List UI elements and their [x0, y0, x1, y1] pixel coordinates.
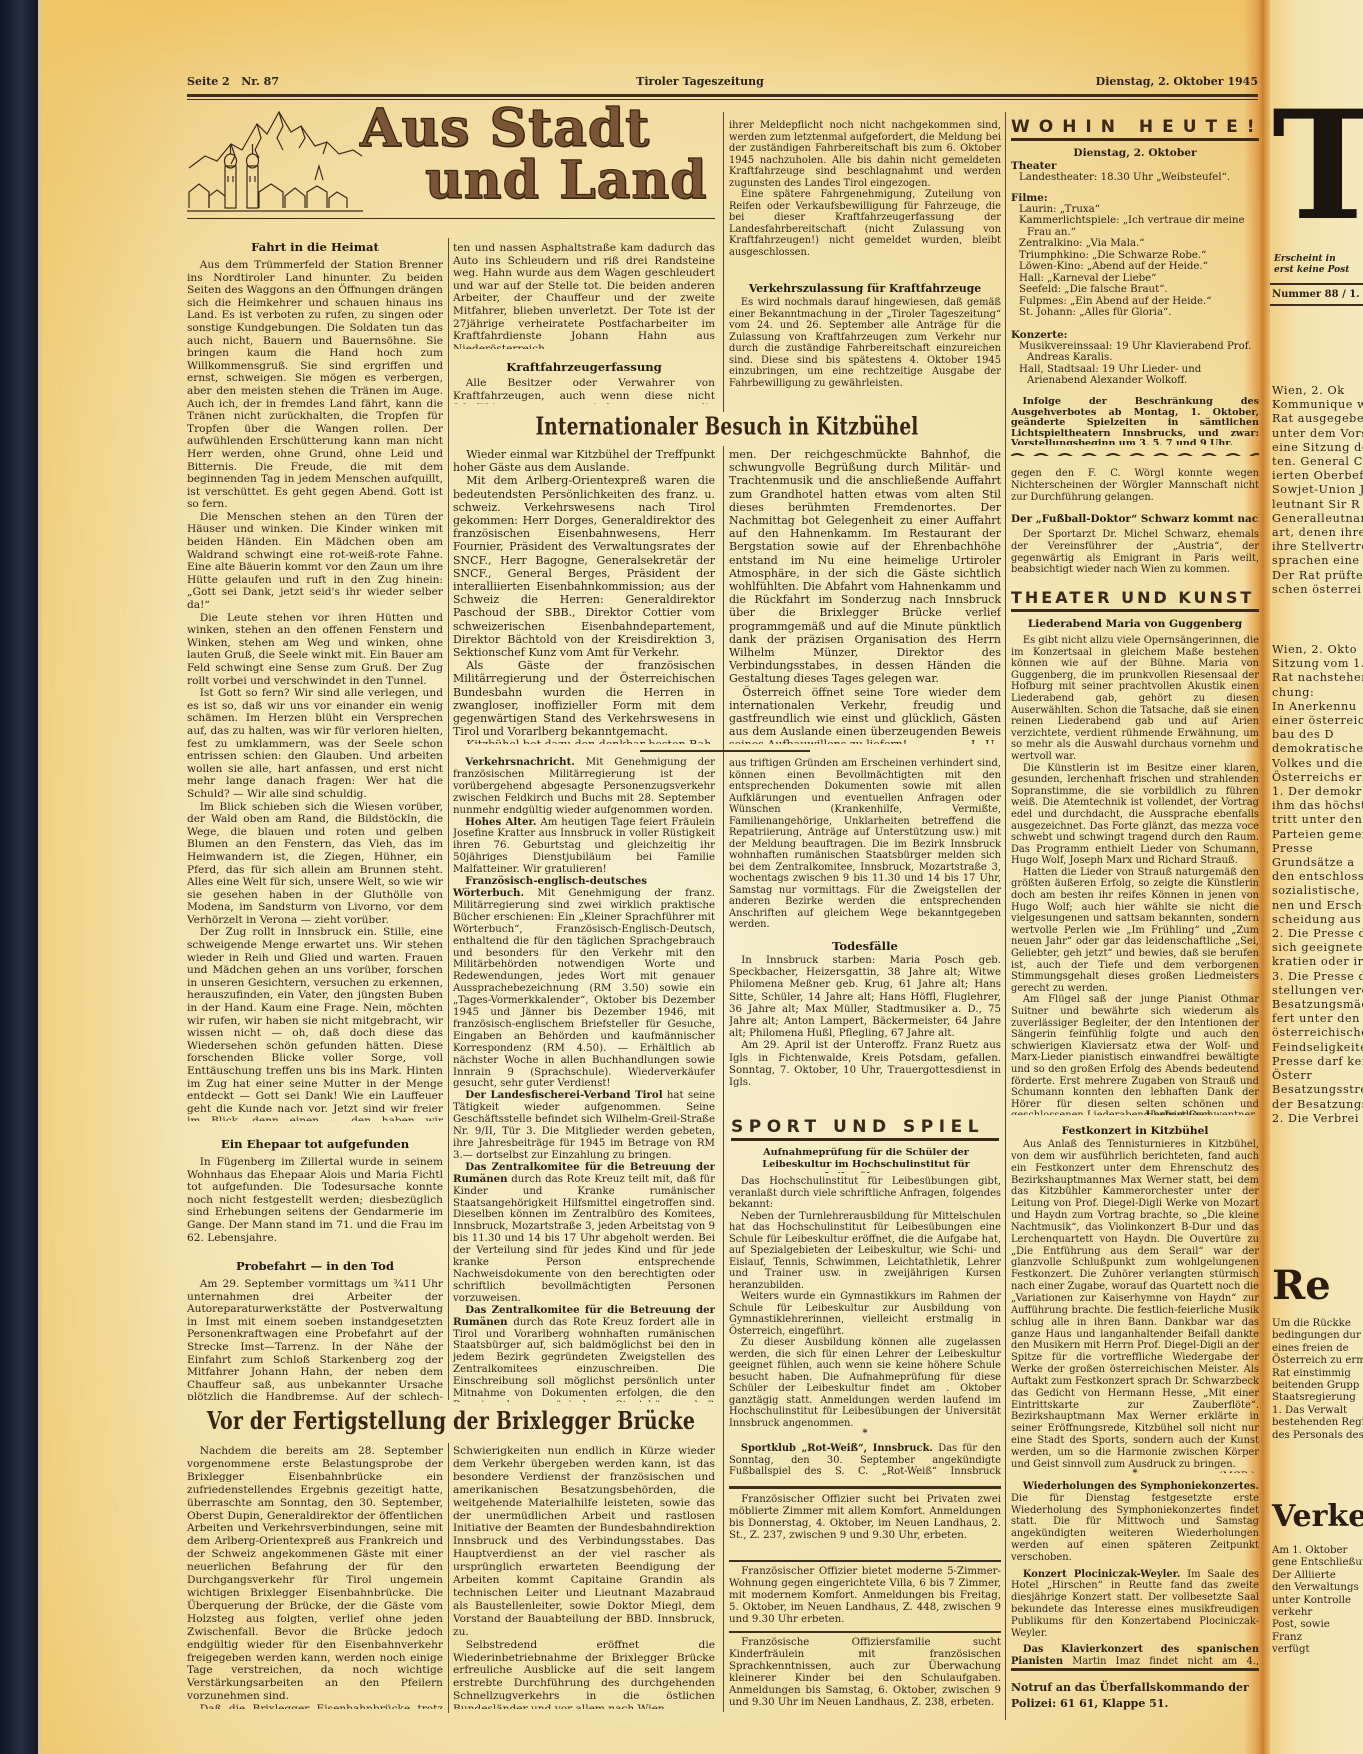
notice: Verkehrsnachricht. Mit Genehmigung der f… [453, 757, 715, 817]
text-fragment: leutnant Sir R [1272, 498, 1363, 512]
note-text: Infolge der Beschränkung des Ausgehverbo… [1011, 397, 1259, 445]
text-fragment: Wien, 2. Ok [1272, 384, 1363, 398]
ads-rule-top [729, 1486, 1001, 1489]
paragraphs: In Fügenberg im Zillertal wurde in seine… [187, 1156, 443, 1244]
paragraphs: Es wird nochmals darauf hingewiesen, daß… [729, 297, 1001, 389]
text-fragment: Um die Rückke [1272, 1318, 1363, 1330]
text-fragment: Feindseligkeiten [1272, 1041, 1363, 1055]
paragraph: Hatten die Lieder von Strauß naturgemäß … [1011, 867, 1259, 995]
text-fragment: unter Kontrolle [1272, 1595, 1363, 1607]
text-fragment: Staatsregierung [1272, 1392, 1363, 1404]
text-fragment: kratien oder irgend [1272, 955, 1363, 969]
paragraph: Selbstredend eröffnet die Wiederinbetrie… [453, 1639, 715, 1709]
paragraph: men. Der reichgeschmückte Bahnhof, die s… [729, 448, 1001, 686]
text-fragment: Sowjet-Union J [1272, 483, 1363, 497]
paragraph: ihrer Meldepflicht noch nicht nachgekomm… [729, 120, 1001, 189]
text-fragment: Sitzung vom 1. O [1272, 657, 1363, 671]
concert-entry: Hall, Stadtsaal: 19 Uhr Lieder- und Arie… [1011, 364, 1259, 387]
film-entry: Kammerlichtspiele: „Ich vertraue dir mei… [1011, 215, 1259, 238]
text-fragment: Rat nachstehende [1272, 671, 1363, 685]
text-fragment: eines freien de [1272, 1343, 1363, 1355]
notice-lead: Hohes Alter. [465, 816, 536, 828]
theater-entry: Landestheater: 18.30 Uhr „Weibsteufel“. [1011, 172, 1259, 184]
article-body-fahrt: Aus dem Trümmerfeld der Station Brenner … [187, 259, 443, 1121]
paragraph: Zu dieser Ausbildung können alle zugelas… [729, 1337, 1001, 1429]
paragraph: Es wird nochmals darauf hingewiesen, daß… [729, 297, 1001, 389]
article-body-liederabend: Es gibt nicht allzu viele Opernsängerinn… [1011, 635, 1259, 1115]
book-binding [0, 0, 38, 1754]
text-fragment: Grundsätze a [1272, 856, 1363, 870]
next-page-headline-fragment: Re [1272, 1262, 1363, 1310]
text-fragment: bestehenden Regierun [1272, 1417, 1363, 1429]
text-fragment: ten. General Cl [1272, 455, 1363, 469]
next-page-issue: Nummer 88 / 1. [1272, 288, 1363, 302]
paragraph: Schwierigkeiten nun endlich in Kürze wie… [453, 1445, 715, 1639]
article-body-ehepaar: In Fügenberg im Zillertal wurde in seine… [187, 1156, 443, 1248]
cinema-schedule-note: Infolge der Beschränkung des Ausgehverbo… [1011, 397, 1259, 445]
paragraph: Am 29. April ist der Unteroffz. Franz Ru… [729, 1040, 1001, 1089]
next-page-fragment: Ti Erscheint in erst keine Post Nummer 8… [1270, 0, 1363, 1754]
theater-label: Theater [1011, 160, 1259, 172]
next-page-masthead: Ti [1272, 86, 1363, 246]
notice: Der Landesfischerei-Verband Tirol hat se… [453, 1090, 715, 1161]
column-rule-1 [448, 238, 449, 1400]
paragraphs: Am 29. September vormittags um ¾11 Uhr u… [187, 1278, 443, 1400]
text-fragment: scheidung aus [1272, 913, 1363, 927]
text-fragment: den Verwaltungs [1272, 1582, 1363, 1594]
classified-ad-3: Französische Offiziersfamilie sucht Kind… [729, 1637, 1001, 1711]
next-page-subline: Erscheint in erst keine Post [1274, 254, 1363, 278]
text-fragment: der Besatzungszon [1272, 1098, 1363, 1112]
concert-entry: Musikvereinssaal: 19 Uhr Klavierabend Pr… [1011, 341, 1259, 364]
text-fragment: tritt unter den m [1272, 813, 1363, 827]
paper-stain-left [42, 0, 182, 1754]
text-fragment: Österreichs erklä [1272, 771, 1363, 785]
concerts-list: Musikvereinssaal: 19 Uhr Klavierabend Pr… [1011, 341, 1259, 387]
paragraphs: Aus dem Trümmerfeld der Station Brenner … [187, 259, 443, 1121]
text-fragment: Der Rat prüfte [1272, 569, 1363, 583]
article-body-fussball-doktor: Der Sportarzt Dr. Michel Schwarz, ehemal… [1011, 529, 1259, 579]
paragraphs: Der Sportarzt Dr. Michel Schwarz, ehemal… [1011, 529, 1259, 576]
paragraph: Der Sportarzt Dr. Michel Schwarz, ehemal… [1011, 529, 1259, 576]
paragraph: In Fügenberg im Zillertal wurde in seine… [187, 1156, 443, 1244]
text-fragment: ihm das höchstm [1272, 799, 1363, 813]
film-entry: Zentralkino: „Via Mala.“ [1011, 238, 1259, 250]
notice-lead: Sportklub „Rot-Weiß“, Innsbruck. [741, 1443, 933, 1454]
text-fragment: 1. Der demokr [1272, 785, 1363, 799]
film-entry: Fulpmes: „Ein Abend auf der Heide.“ [1011, 296, 1259, 308]
separator-rule [640, 750, 810, 752]
paragraph: Kitzbühel bot dazu den denkbar besten Ra… [453, 738, 715, 744]
article-title-fussball-doktor: Der „Fußball-Doktor“ Schwarz kommt nach … [1011, 512, 1259, 527]
text-fragment: 3. Die Presse darf [1272, 970, 1363, 984]
notice-text: durch das Rote Kreuz teilt mit, daß für … [453, 1174, 715, 1304]
paragraph: Im Blick schieben sich die Wiesen vorübe… [187, 801, 443, 927]
article-title-kraftfahrzeugerfassung: Kraftfahrzeugerfassung [453, 360, 715, 375]
text-fragment: Der Alliierte [1272, 1570, 1363, 1582]
text-fragment: Presse darf keine [1272, 1055, 1363, 1069]
notice-lead: Konzert Plociniczak-Weyler. [1023, 1569, 1181, 1580]
text-fragment: 2. Die Presse darf [1272, 927, 1363, 941]
article-title-liederabend: Liederabend Maria von Guggenberg [1011, 617, 1259, 632]
paragraph: Die Leute stehen vor ihren Hütten und wi… [187, 612, 443, 688]
paragraph: Die Menschen stehen an den Türen der Häu… [187, 511, 443, 612]
paragraph: Der Zug rollt in Innsbruck ein. Stille, … [187, 926, 443, 1121]
wavy-rule [1011, 446, 1259, 456]
notice: Konzert Plociniczak-Weyler. Im Saale des… [1011, 1569, 1259, 1640]
paragraph: Weiters wurde ein Gymnastikkurs im Rahme… [729, 1291, 1001, 1337]
paragraph: Das Hochschulinstitut für Leibesübungen … [729, 1176, 1001, 1211]
notice: Wiederholungen des Symphoniekonzertes. D… [1011, 1481, 1259, 1564]
article-title-aufnahmepruefung: Aufnahmeprüfung für die Schüler der Leib… [733, 1147, 999, 1173]
article-body-verkehrszulassung: Es wird nochmals darauf hingewiesen, daß… [729, 297, 1001, 405]
text-fragment: Besatzungsstreitkr [1272, 1083, 1363, 1097]
text-fragment: stellungen veröffen [1272, 984, 1363, 998]
text-fragment: Rat ausgegeben: [1272, 412, 1363, 426]
text-fragment: bedingungen dur [1272, 1330, 1363, 1342]
notice-rumaenen-continued: aus triftigen Gründen am Erscheinen verh… [729, 758, 1001, 936]
paragraphs: ten und nassen Asphaltstraße kam dadurch… [453, 242, 715, 349]
notruf-rule [1011, 1668, 1259, 1671]
paragraph: aus triftigen Gründen am Erscheinen verh… [729, 758, 1001, 931]
notice-text: gegen den F. C. Wörgl konnte wegen Nicht… [1011, 468, 1259, 503]
text-fragment: sozialistische, deutsch [1272, 884, 1363, 898]
next-page-column-fragment: Am 1. Oktobergene EntschließungDer Allii… [1272, 1545, 1363, 1695]
text-fragment: schen österrei [1272, 583, 1363, 597]
text-fragment: Österreich zu ermö [1272, 1355, 1363, 1367]
notice: Französisch-englisch-deutsches Wörterbuc… [453, 876, 715, 1090]
separator-asterisk: * [729, 1428, 1001, 1440]
article-body-festkonzert: Aus Anlaß des Tennisturnieres in Kitzbüh… [1011, 1139, 1259, 1473]
paragraphs: In Innsbruck starben: Maria Posch geb. S… [729, 955, 1001, 1089]
issue-number: Nr. 87 [241, 75, 279, 88]
film-entry: Seefeld: „Die falsche Braut“. [1011, 284, 1259, 296]
text-fragment: gene Entschließung [1272, 1557, 1363, 1569]
paragraph: Es gibt nicht allzu viele Opernsängerinn… [1011, 635, 1259, 763]
paragraph: Neben der Turnlehrerausbildung für Mitte… [729, 1211, 1001, 1292]
notice: Sportklub „Rot-Weiß“, Innsbruck. Das für… [729, 1443, 1001, 1478]
text-fragment: Österr [1272, 1069, 1363, 1083]
article-title-fahrt: Fahrt in die Heimat [187, 240, 443, 255]
ads-rule [729, 1631, 1001, 1633]
article-title-todesfaelle: Todesfälle [729, 939, 1001, 954]
paragraph: Alle Besitzer oder Verwahrer von Kraftfa… [453, 377, 715, 404]
text-fragment: den entschlossene [1272, 870, 1363, 884]
notice-text: Die für Dienstag festgesetzte erste Wied… [1011, 1493, 1259, 1563]
paragraph: Am Flügel saß der junge Pianist Othmar S… [1011, 994, 1259, 1115]
text-fragment: Am 1. Oktober [1272, 1545, 1363, 1557]
article-body-todesfaelle: In Innsbruck starben: Maria Posch geb. S… [729, 955, 1001, 1107]
headline-brixlegg: Vor der Fertigstellung der Brixlegger Br… [187, 1402, 715, 1441]
text-fragment: sich geeignete [1272, 941, 1363, 955]
notice: Das Klavierkonzert des spanischen Pianis… [1011, 1644, 1259, 1665]
paragraph: Nachdem die bereits am 28. September vor… [187, 1445, 443, 1703]
text-fragment: österreichischen [1272, 1026, 1363, 1040]
paragraph: Mit dem Arlberg-Orientexpreß waren die b… [453, 474, 715, 659]
text-fragment: eine Sitzung des [1272, 441, 1363, 455]
masthead-title: Tiroler Tageszeitung [600, 74, 800, 90]
next-page-headline-fragment: Verkehrse [1272, 1497, 1363, 1537]
text-fragment: Rat einstimmig [1272, 1368, 1363, 1380]
paragraph: Eine spätere Fahrgenehmigung, Zuteilung … [729, 189, 1001, 258]
notice: Das Zentralkomitee für die Betreuung der… [453, 1162, 715, 1305]
film-entry: Triumphkino: „Die Schwarze Robe.“ [1011, 250, 1259, 262]
article-body-probefahrt-continued: ten und nassen Asphaltstraße kam dadurch… [453, 242, 715, 349]
paragraph: Am 29. September vormittags um ¾11 Uhr u… [187, 1278, 443, 1400]
text-fragment: Besatzungsmächte o [1272, 998, 1363, 1012]
notice-sportklub-continued: gegen den F. C. Wörgl konnte wegen Nicht… [1011, 468, 1259, 508]
article-body-kitzbuehel-continued: men. Der reichgeschmückte Bahnhof, die s… [729, 448, 1001, 744]
text-fragment: ierten Oberbefe [1272, 469, 1363, 483]
next-page-rule [1270, 283, 1363, 285]
notruf-line-1: Notruf an das Überfallskommando der [1011, 1680, 1259, 1696]
issue-date: Dienstag, 2. Oktober 1945 [1040, 74, 1258, 90]
notruf-line-2: Polizei: 61 61, Klappe 51. [1011, 1696, 1259, 1712]
text-fragment: fert unter den All [1272, 1012, 1363, 1026]
section-title-line2: und Land [425, 152, 708, 210]
notice: Das Zentralkomitee für die Betreuung der… [453, 1305, 715, 1402]
notice-text: Mit Genehmigung der franz. Militärregier… [453, 888, 715, 1090]
text-fragment: einer österreichisc [1272, 714, 1363, 728]
paragraphs: men. Der reichgeschmückte Bahnhof, die s… [729, 448, 1001, 744]
subline-1: Erscheint in [1274, 254, 1363, 265]
text-fragment: chung: [1272, 686, 1363, 700]
text-fragment: Volkes und die [1272, 757, 1363, 771]
paragraphs: Das Hochschulinstitut für Leibesübungen … [729, 1176, 1001, 1429]
banner-underline [187, 218, 715, 219]
paragraph: ten und nassen Asphaltstraße kam dadurch… [453, 242, 715, 349]
text-fragment: beitenden Grupp [1272, 1380, 1363, 1392]
paragraph: Ist Gott so fern? Wir sind alle verlegen… [187, 687, 443, 800]
text-fragment: ihre Stellvertret [1272, 540, 1363, 554]
article-title-festkonzert: Festkonzert in Kitzbühel [1011, 1124, 1259, 1139]
text-fragment: unter dem Vorsi [1272, 427, 1363, 441]
article-body-kitzbuehel: Wieder einmal war Kitzbühel der Treffpun… [453, 448, 715, 744]
article-title-probefahrt: Probefahrt — in den Tod [187, 1259, 443, 1274]
next-page-column-fragment: Um die Rückkebedingungen dureines freien… [1272, 1318, 1363, 1448]
section-banner-theater-kunst: THEATER UND KUNST [1011, 587, 1259, 612]
text-fragment: Wien, 2. Okto [1272, 643, 1363, 657]
ad-text: Französischer Offizier bietet moderne 5-… [729, 1566, 1001, 1626]
text-fragment: Post, sowie [1272, 1619, 1363, 1631]
article-body-kraftfahrzeugerfassung-continued: ihrer Meldepflicht noch nicht nachgekomm… [729, 120, 1001, 280]
article-body-aufnahmepruefung: Das Hochschulinstitut für Leibesübungen … [729, 1176, 1001, 1430]
paragraphs: Schwierigkeiten nun endlich in Kürze wie… [453, 1445, 715, 1709]
paragraph: Die Künstlerin ist im Besitze einer klar… [1011, 763, 1259, 867]
column-rule-2b [723, 446, 724, 1712]
paragraphs: aus triftigen Gründen am Erscheinen verh… [729, 758, 1001, 931]
ads-rule [729, 1560, 1001, 1562]
article-body-probefahrt: Am 29. September vormittags um ¾11 Uhr u… [187, 1278, 443, 1400]
paragraph: In Innsbruck starben: Maria Posch geb. S… [729, 955, 1001, 1040]
paragraph: Als Gäste der französischen Militärregie… [453, 659, 715, 738]
notice-text: durch das Rote Kreuz fordert alle in Tir… [453, 1317, 715, 1402]
text-fragment: Franz [1272, 1632, 1363, 1644]
paragraphs: Wieder einmal war Kitzbühel der Treffpun… [453, 448, 715, 744]
header-rule-thin [187, 99, 1258, 100]
classified-ad-1: Französischer Offizier sucht bei Private… [729, 1494, 1001, 1557]
text-fragment: 1. Das Verwalt [1272, 1405, 1363, 1417]
local-notices: Verkehrsnachricht. Mit Genehmigung der f… [453, 757, 715, 1402]
paragraph: Aus Anlaß des Tennisturnieres in Kitzbüh… [1011, 1139, 1259, 1471]
text-fragment: In Anerkennu [1272, 700, 1363, 714]
paragraphs: Nachdem die bereits am 28. September vor… [187, 1445, 443, 1709]
film-entry: Löwen-Kino: „Abend auf der Heide.“ [1011, 261, 1259, 273]
article-body-brixlegg: Nachdem die bereits am 28. September vor… [187, 1445, 443, 1709]
concerts-label: Konzerte: [1011, 329, 1259, 341]
ad-text: Französische Offiziersfamilie sucht Kind… [729, 1637, 1001, 1709]
text-fragment: art, denen ihre [1272, 526, 1363, 540]
article-body-brixlegg-continued: Schwierigkeiten nun endlich in Kürze wie… [453, 1445, 715, 1709]
paragraph: Daß die Brixlegger Eisenbahnbrücke trotz… [187, 1703, 443, 1709]
paragraphs: ihrer Meldepflicht noch nicht nachgekomm… [729, 120, 1001, 258]
paragraphs: Alle Besitzer oder Verwahrer von Kraftfa… [453, 377, 715, 404]
page-number-label: Seite 2 Nr. 87 [187, 74, 387, 90]
text-fragment: Generalleutnant [1272, 512, 1363, 526]
next-page-column-fragment: Wien, 2. OktoSitzung vom 1. ORat nachste… [1272, 643, 1363, 1133]
films-list: Laurin: „Truxa“Kammerlichtspiele: „Ich v… [1011, 204, 1259, 319]
town-mountain-illustration [187, 106, 363, 216]
subline-2: erst keine Post [1274, 265, 1363, 276]
film-entry: St. Johann: „Alles für Gloria“. [1011, 307, 1259, 319]
article-title-ehepaar: Ein Ehepaar tot aufgefunden [187, 1137, 443, 1152]
culture-notices: Wiederholungen des Symphoniekonzertes. D… [1011, 1481, 1259, 1665]
next-page-rule [1270, 304, 1363, 306]
article-title-verkehrszulassung: Verkehrszulassung für Kraftfahrzeuge [729, 281, 1001, 296]
text-fragment: sprachen eine gro [1272, 554, 1363, 568]
text-fragment: nen und Ersche [1272, 899, 1363, 913]
paragraph: Wieder einmal war Kitzbühel der Treffpun… [453, 448, 715, 474]
police-emergency-notice: Notruf an das Überfallskommando der Poli… [1011, 1680, 1259, 1714]
column-rule-2 [723, 112, 724, 412]
classified-ad-2: Französischer Offizier bietet moderne 5-… [729, 1566, 1001, 1629]
notice: Hohes Alter. Am heutigen Tage feiert Frä… [453, 817, 715, 877]
headline-kitzbuehel: Internationaler Besuch in Kitzbühel [453, 409, 1001, 448]
text-fragment: verkehr [1272, 1607, 1363, 1619]
notice-lead: Wiederholungen des Symphoniekonzertes. [1023, 1481, 1259, 1492]
text-fragment: des Personals des [1272, 1430, 1363, 1442]
paragraphs: Es gibt nicht allzu viele Opernsängerinn… [1011, 635, 1259, 1115]
notice-lead: Der Landesfischerei-Verband Tirol [465, 1089, 662, 1101]
paragraphs: Aus Anlaß des Tennisturnieres in Kitzbüh… [1011, 1139, 1259, 1471]
text-fragment: bau des D [1272, 728, 1363, 742]
listing-date: Dienstag, 2. Oktober [1011, 146, 1259, 160]
paragraph: Aus dem Trümmerfeld der Station Brenner … [187, 259, 443, 511]
page-label: Seite 2 [187, 75, 230, 88]
article-body-kraftfahrzeugerfassung: Alle Besitzer oder Verwahrer von Kraftfa… [453, 377, 715, 404]
paragraph: Österreich öffnet seine Tore wieder dem … [729, 686, 1001, 744]
text-fragment: Presse [1272, 842, 1363, 856]
text-fragment: Kommunique wi [1272, 398, 1363, 412]
column-rule-1b [448, 1443, 449, 1713]
films-label: Filme: [1011, 192, 1259, 204]
header-rule-thick [187, 94, 1258, 97]
ad-text: Französischer Offizier sucht bei Private… [729, 1494, 1001, 1542]
notice-lead: Verkehrsnachricht. [465, 757, 575, 768]
text-fragment: verfügt [1272, 1644, 1363, 1656]
section-banner-wohin-heute: WOHIN HEUTE! [1011, 116, 1259, 141]
film-entry: Hall: „Karneval der Liebe“ [1011, 273, 1259, 285]
notice-sportklub: Sportklub „Rot-Weiß“, Innsbruck. Das für… [729, 1443, 1001, 1481]
text-fragment: demokratischen [1272, 742, 1363, 756]
film-entry: Laurin: „Truxa“ [1011, 204, 1259, 216]
column-rule-3 [1005, 112, 1006, 1720]
separator-asterisk: * [1011, 1468, 1259, 1480]
section-banner-sport: SPORT UND SPIEL [731, 1116, 999, 1141]
next-page-column-fragment: Wien, 2. OkKommunique wiRat ausgegeben:u… [1272, 384, 1363, 599]
events-listing: Theater Landestheater: 18.30 Uhr „Weibst… [1011, 160, 1259, 396]
text-fragment: 2. Die Verbrei [1272, 1112, 1363, 1126]
text-fragment: Parteien gemeinsa [1272, 828, 1363, 842]
